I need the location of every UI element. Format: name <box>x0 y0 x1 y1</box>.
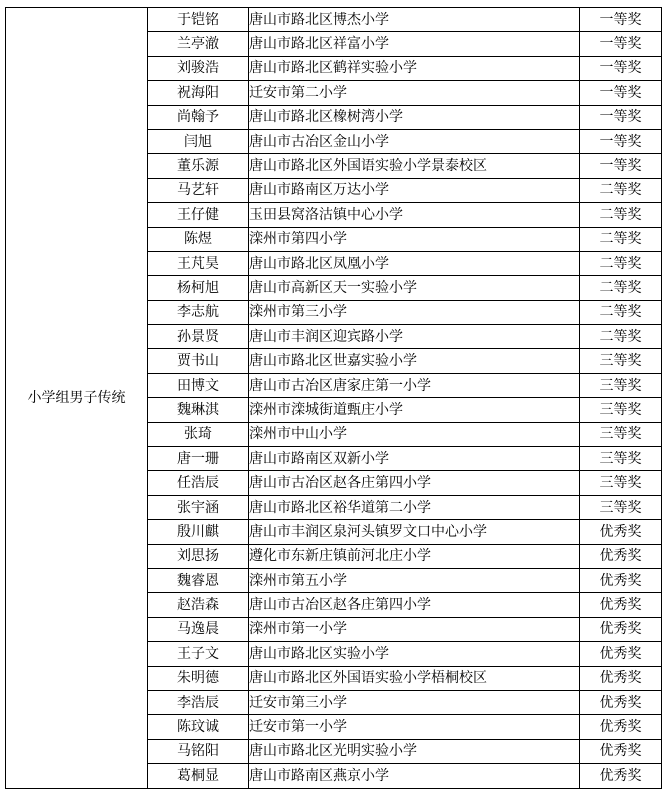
awards-table: 小学组男子传统于铠铭唐山市路北区博杰小学一等奖兰亭澈唐山市路北区祥富小学一等奖刘… <box>5 7 662 789</box>
school-cell: 遵化市东新庄镇前河北庄小学 <box>249 544 580 568</box>
name-cell: 杨柯旭 <box>148 276 249 300</box>
school-cell: 唐山市路北区鹤祥实验小学 <box>249 56 580 80</box>
name-cell: 尚翰予 <box>148 105 249 129</box>
school-cell: 滦州市第四小学 <box>249 227 580 251</box>
school-cell: 唐山市路北区外国语实验小学梧桐校区 <box>249 666 580 690</box>
award-cell: 三等奖 <box>580 398 662 422</box>
award-cell: 三等奖 <box>580 373 662 397</box>
award-cell: 优秀奖 <box>580 764 662 788</box>
name-cell: 王芃昊 <box>148 251 249 275</box>
school-cell: 唐山市路北区裕华道第二小学 <box>249 495 580 519</box>
award-cell: 优秀奖 <box>580 568 662 592</box>
name-cell: 刘骏浩 <box>148 56 249 80</box>
name-cell: 祝海阳 <box>148 81 249 105</box>
award-cell: 三等奖 <box>580 447 662 471</box>
school-cell: 唐山市路北区光明实验小学 <box>249 739 580 763</box>
table-row: 小学组男子传统于铠铭唐山市路北区博杰小学一等奖 <box>6 8 662 32</box>
school-cell: 唐山市路北区实验小学 <box>249 642 580 666</box>
name-cell: 陈玟诚 <box>148 715 249 739</box>
award-cell: 优秀奖 <box>580 520 662 544</box>
award-cell: 一等奖 <box>580 81 662 105</box>
name-cell: 任浩辰 <box>148 471 249 495</box>
award-cell: 一等奖 <box>580 105 662 129</box>
school-cell: 滦州市中山小学 <box>249 422 580 446</box>
school-cell: 滦州市滦城街道甄庄小学 <box>249 398 580 422</box>
name-cell: 葛桐显 <box>148 764 249 788</box>
name-cell: 王子文 <box>148 642 249 666</box>
name-cell: 孙景贤 <box>148 325 249 349</box>
school-cell: 玉田县窝洛沽镇中心小学 <box>249 203 580 227</box>
name-cell: 王仔健 <box>148 203 249 227</box>
school-cell: 唐山市路南区万达小学 <box>249 178 580 202</box>
school-cell: 唐山市高新区天一实验小学 <box>249 276 580 300</box>
name-cell: 兰亭澈 <box>148 32 249 56</box>
award-cell: 优秀奖 <box>580 666 662 690</box>
name-cell: 魏睿恩 <box>148 568 249 592</box>
award-cell: 二等奖 <box>580 251 662 275</box>
name-cell: 魏琳淇 <box>148 398 249 422</box>
school-cell: 唐山市路南区双新小学 <box>249 447 580 471</box>
award-cell: 一等奖 <box>580 154 662 178</box>
name-cell: 贾书山 <box>148 349 249 373</box>
name-cell: 李志航 <box>148 300 249 324</box>
name-cell: 张琦 <box>148 422 249 446</box>
school-cell: 唐山市古冶区唐家庄第一小学 <box>249 373 580 397</box>
name-cell: 刘思扬 <box>148 544 249 568</box>
name-cell: 张宇涵 <box>148 495 249 519</box>
award-cell: 优秀奖 <box>580 715 662 739</box>
award-cell: 三等奖 <box>580 349 662 373</box>
school-cell: 滦州市第一小学 <box>249 617 580 641</box>
award-cell: 三等奖 <box>580 422 662 446</box>
school-cell: 唐山市丰润区迎宾路小学 <box>249 325 580 349</box>
award-cell: 二等奖 <box>580 178 662 202</box>
name-cell: 赵浩森 <box>148 593 249 617</box>
name-cell: 董乐源 <box>148 154 249 178</box>
award-cell: 优秀奖 <box>580 593 662 617</box>
award-cell: 一等奖 <box>580 8 662 32</box>
name-cell: 马艺轩 <box>148 178 249 202</box>
school-cell: 唐山市丰润区泉河头镇罗文口中心小学 <box>249 520 580 544</box>
school-cell: 滦州市第三小学 <box>249 300 580 324</box>
school-cell: 唐山市古冶区金山小学 <box>249 129 580 153</box>
school-cell: 唐山市路南区燕京小学 <box>249 764 580 788</box>
name-cell: 陈煜 <box>148 227 249 251</box>
award-cell: 二等奖 <box>580 203 662 227</box>
school-cell: 唐山市路北区博杰小学 <box>249 8 580 32</box>
award-cell: 三等奖 <box>580 471 662 495</box>
award-cell: 优秀奖 <box>580 690 662 714</box>
school-cell: 迁安市第一小学 <box>249 715 580 739</box>
award-cell: 优秀奖 <box>580 544 662 568</box>
awards-table-body: 小学组男子传统于铠铭唐山市路北区博杰小学一等奖兰亭澈唐山市路北区祥富小学一等奖刘… <box>6 8 662 789</box>
group-label: 小学组男子传统 <box>6 8 148 789</box>
name-cell: 朱明德 <box>148 666 249 690</box>
school-cell: 唐山市路北区世嘉实验小学 <box>249 349 580 373</box>
award-cell: 二等奖 <box>580 227 662 251</box>
award-cell: 一等奖 <box>580 32 662 56</box>
school-cell: 唐山市路北区凤凰小学 <box>249 251 580 275</box>
award-cell: 优秀奖 <box>580 739 662 763</box>
award-cell: 优秀奖 <box>580 617 662 641</box>
name-cell: 唐一珊 <box>148 447 249 471</box>
school-cell: 迁安市第二小学 <box>249 81 580 105</box>
name-cell: 李浩辰 <box>148 690 249 714</box>
school-cell: 唐山市路北区外国语实验小学景泰校区 <box>249 154 580 178</box>
award-cell: 二等奖 <box>580 300 662 324</box>
name-cell: 马逸晨 <box>148 617 249 641</box>
award-cell: 三等奖 <box>580 495 662 519</box>
award-cell: 一等奖 <box>580 129 662 153</box>
award-cell: 一等奖 <box>580 56 662 80</box>
school-cell: 迁安市第三小学 <box>249 690 580 714</box>
name-cell: 田博文 <box>148 373 249 397</box>
name-cell: 马铭阳 <box>148 739 249 763</box>
school-cell: 唐山市路北区祥富小学 <box>249 32 580 56</box>
award-cell: 优秀奖 <box>580 642 662 666</box>
award-cell: 二等奖 <box>580 325 662 349</box>
award-cell: 二等奖 <box>580 276 662 300</box>
school-cell: 唐山市路北区橡树湾小学 <box>249 105 580 129</box>
name-cell: 闫旭 <box>148 129 249 153</box>
name-cell: 殷川麒 <box>148 520 249 544</box>
school-cell: 滦州市第五小学 <box>249 568 580 592</box>
name-cell: 于铠铭 <box>148 8 249 32</box>
school-cell: 唐山市古冶区赵各庄第四小学 <box>249 471 580 495</box>
school-cell: 唐山市古冶区赵各庄第四小学 <box>249 593 580 617</box>
